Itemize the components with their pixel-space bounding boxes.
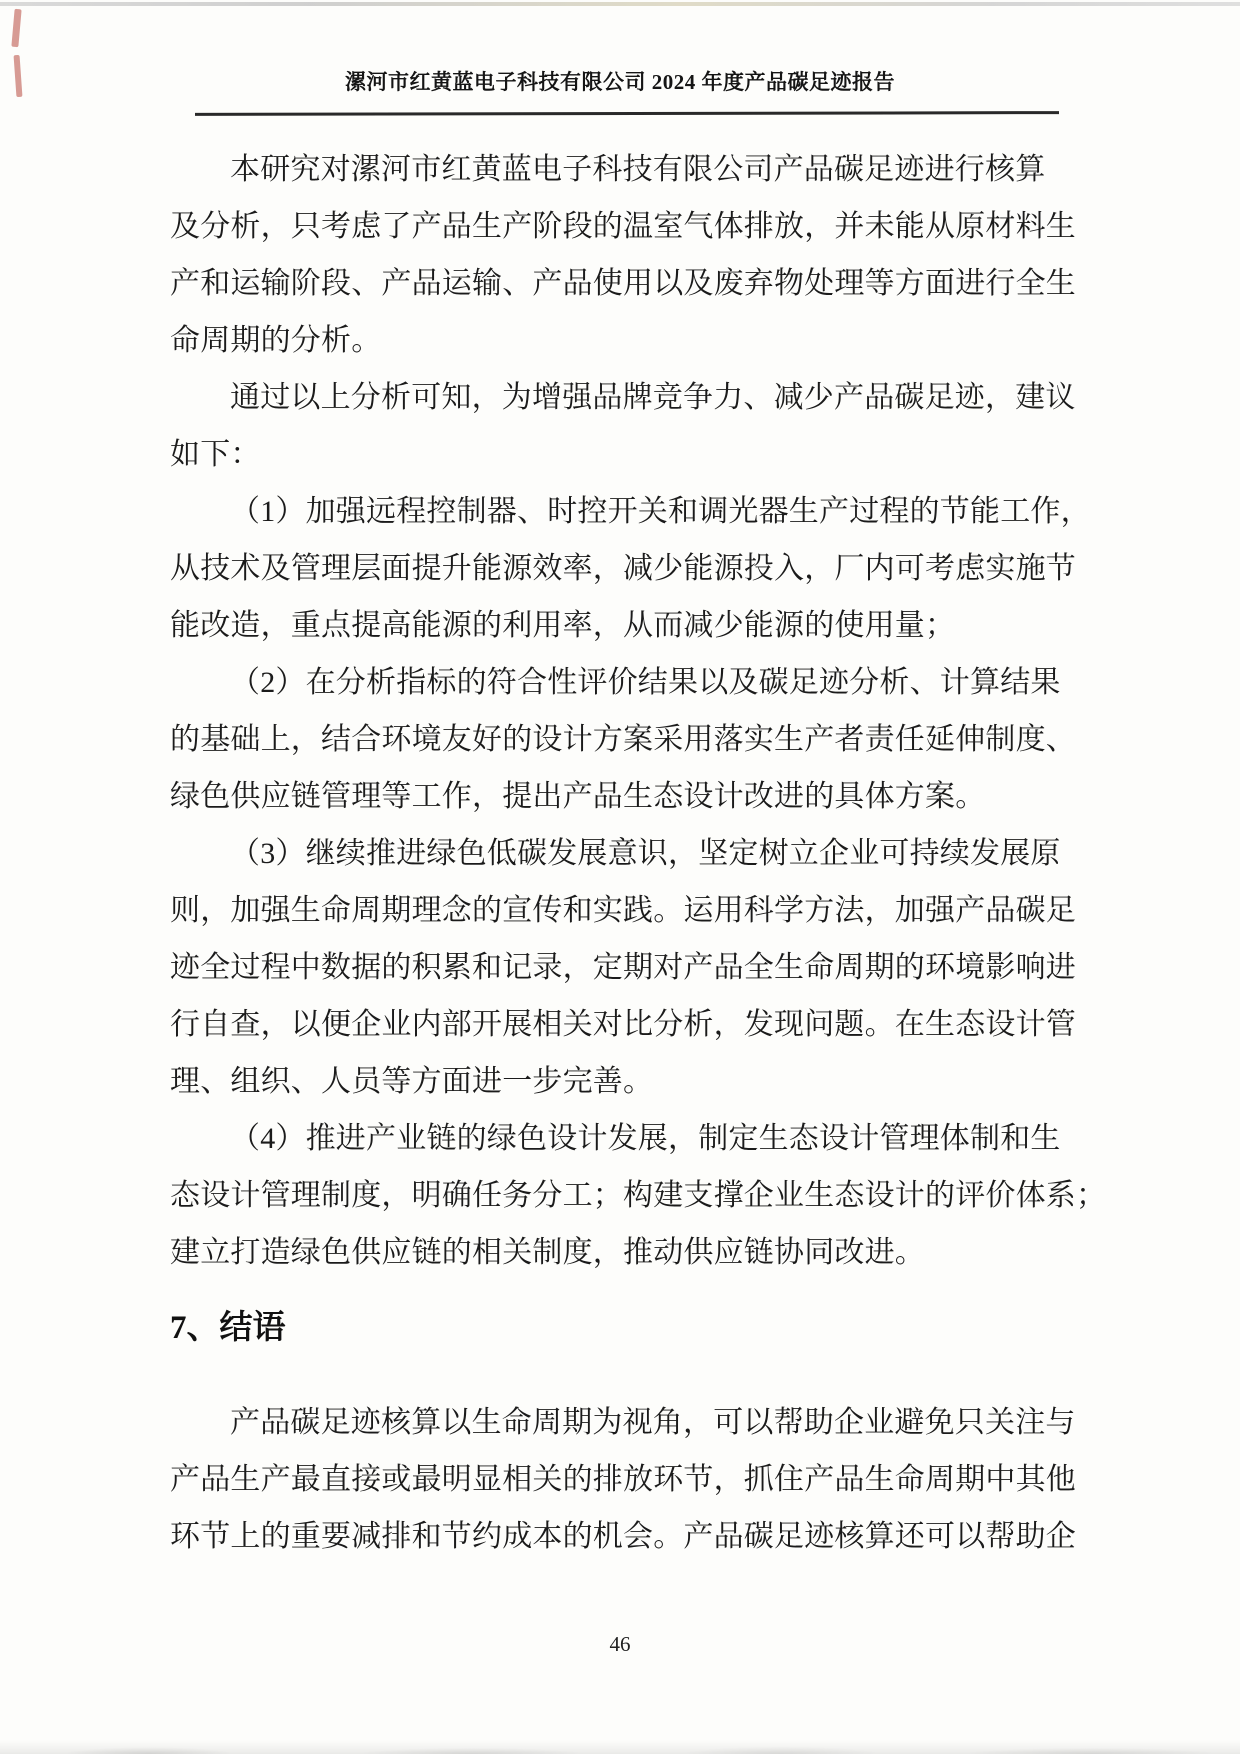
text-line: 及分析，只考虑了产品生产阶段的温室气体排放，并未能从原材料生	[170, 198, 1082, 255]
section-heading: 7、结语	[170, 1297, 1082, 1359]
text-line: 迹全过程中数据的积累和记录，定期对产品全生命周期的环境影响进	[170, 939, 1082, 996]
header-rule	[195, 111, 1059, 116]
paragraph: （1）加强远程控制器、时控开关和调光器生产过程的节能工作， 从技术及管理层面提升…	[170, 483, 1082, 654]
text-line: 命周期的分析。	[170, 312, 1082, 369]
text-line: 态设计管理制度，明确任务分工；构建支撑企业生态设计的评价体系；	[170, 1167, 1082, 1224]
paragraph: 产品碳足迹核算以生命周期为视角，可以帮助企业避免只关注与 产品生产最直接或最明显…	[170, 1394, 1082, 1565]
text-line: 通过以上分析可知，为增强品牌竞争力、减少产品碳足迹，建议	[170, 369, 1082, 426]
paragraph: 本研究对漯河市红黄蓝电子科技有限公司产品碳足迹进行核算 及分析，只考虑了产品生产…	[170, 141, 1082, 369]
text-line: 能改造，重点提高能源的利用率，从而减少能源的使用量；	[170, 597, 1082, 654]
page-number: 46	[0, 1632, 1240, 1657]
text-line: 本研究对漯河市红黄蓝电子科技有限公司产品碳足迹进行核算	[170, 141, 1082, 198]
text-line: 环节上的重要减排和节约成本的机会。产品碳足迹核算还可以帮助企	[170, 1508, 1082, 1565]
paragraph: （2）在分析指标的符合性评价结果以及碳足迹分析、计算结果 的基础上，结合环境友好…	[170, 654, 1082, 825]
paragraph: （3）继续推进绿色低碳发展意识，坚定树立企业可持续发展原 则，加强生命周期理念的…	[170, 825, 1082, 1110]
document-page: 漯河市红黄蓝电子科技有限公司 2024 年度产品碳足迹报告 本研究对漯河市红黄蓝…	[0, 0, 1240, 1754]
text-line: 则，加强生命周期理念的宣传和实践。运用科学方法，加强产品碳足	[170, 882, 1082, 939]
text-line: 产品碳足迹核算以生命周期为视角，可以帮助企业避免只关注与	[170, 1394, 1082, 1451]
page-header-title: 漯河市红黄蓝电子科技有限公司 2024 年度产品碳足迹报告	[0, 66, 1240, 96]
text-line: 产和运输阶段、产品运输、产品使用以及废弃物处理等方面进行全生	[170, 255, 1082, 312]
red-ink-mark	[11, 9, 21, 47]
text-line: 绿色供应链管理等工作，提出产品生态设计改进的具体方案。	[170, 768, 1082, 825]
text-line: 如下：	[170, 426, 1082, 483]
scan-top-edge-artifact	[0, 2, 1240, 6]
text-line: 理、组织、人员等方面进一步完善。	[170, 1053, 1082, 1110]
text-line: （2）在分析指标的符合性评价结果以及碳足迹分析、计算结果	[170, 654, 1082, 711]
paragraph: （4）推进产业链的绿色设计发展，制定生态设计管理体制和生 态设计管理制度，明确任…	[170, 1110, 1082, 1281]
text-line: 建立打造绿色供应链的相关制度，推动供应链协同改进。	[170, 1224, 1082, 1281]
body-text: 本研究对漯河市红黄蓝电子科技有限公司产品碳足迹进行核算 及分析，只考虑了产品生产…	[170, 141, 1082, 1565]
paragraph: 通过以上分析可知，为增强品牌竞争力、减少产品碳足迹，建议 如下：	[170, 369, 1082, 483]
text-line: （3）继续推进绿色低碳发展意识，坚定树立企业可持续发展原	[170, 825, 1082, 882]
text-line: （4）推进产业链的绿色设计发展，制定生态设计管理体制和生	[170, 1110, 1082, 1167]
text-line: （1）加强远程控制器、时控开关和调光器生产过程的节能工作，	[170, 483, 1082, 540]
scan-bottom-edge-artifact	[0, 1740, 1240, 1754]
text-line: 行自查，以便企业内部开展相关对比分析，发现问题。在生态设计管	[170, 996, 1082, 1053]
text-line: 产品生产最直接或最明显相关的排放环节，抓住产品生命周期中其他	[170, 1451, 1082, 1508]
text-line: 从技术及管理层面提升能源效率，减少能源投入，厂内可考虑实施节	[170, 540, 1082, 597]
text-line: 的基础上，结合环境友好的设计方案采用落实生产者责任延伸制度、	[170, 711, 1082, 768]
